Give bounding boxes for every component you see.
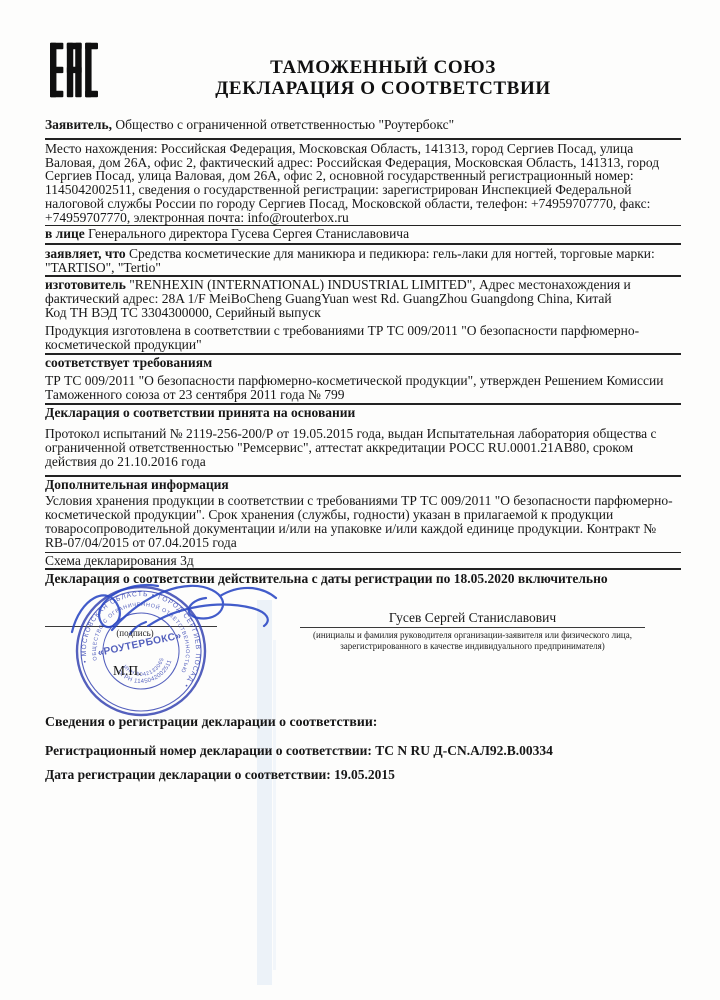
registration-date-line: Дата регистрации декларации о соответств…: [45, 768, 681, 782]
additional-paragraph: Условия хранения продукции в соответстви…: [45, 494, 681, 549]
additional-heading: Дополнительная информация: [45, 478, 681, 492]
stamp-place-note: М.П.: [113, 663, 142, 679]
applicant-line: Заявитель, Общество с ограниченной ответ…: [45, 118, 681, 132]
declares-value: Средства косметические для маникюра и пе…: [45, 246, 655, 275]
handwritten-signature: [60, 570, 295, 660]
signer-name-caption: (инициалы и фамилия руководителя организ…: [300, 630, 645, 651]
manufacturer-paragraph: изготовитель "RENHEXIN (INTERNATIONAL) I…: [45, 278, 681, 306]
manufacturer-value: "RENHEXIN (INTERNATIONAL) INDUSTRIAL LIM…: [45, 277, 631, 306]
in-person-label: в лице: [45, 226, 85, 241]
declares-label: заявляет, что: [45, 246, 126, 261]
signature-area: • МОСКОВСКАЯ ОБЛАСТЬ • ГОРОД СЕРГИЕВ ПОС…: [45, 588, 681, 712]
complies-paragraph: ТР ТС 009/2011 "О безопасности парфюмерн…: [45, 374, 681, 402]
in-person-line: в лице Генерального директора Гусева Сер…: [45, 227, 681, 241]
signer-block: Гусев Сергей Станиславович (инициалы и ф…: [300, 610, 645, 651]
eac-conformity-mark-icon: [50, 42, 98, 98]
tnved-code-line: Код ТН ВЭД ТС 3304300000, Серийный выпус…: [45, 306, 681, 320]
applicant-label: Заявитель,: [45, 117, 112, 132]
basis-heading: Декларация о соответствии принята на осн…: [45, 406, 681, 420]
basis-paragraph: Протокол испытаний № 2119-256-200/Р от 1…: [45, 427, 681, 468]
declares-paragraph: заявляет, что Средства косметические для…: [45, 247, 681, 275]
section-divider: [45, 138, 681, 140]
registration-date-value: 19.05.2015: [334, 767, 395, 782]
applicant-value: Общество с ограниченной ответственностью…: [115, 117, 454, 132]
title-line-1: ТАМОЖЕННЫЙ СОЮЗ: [103, 57, 663, 78]
registration-number-label: Регистрационный номер декларации о соотв…: [45, 743, 372, 758]
registration-date-label: Дата регистрации декларации о соответств…: [45, 767, 331, 782]
declaration-document: ТАМОЖЕННЫЙ СОЮЗ ДЕКЛАРАЦИЯ О СООТВЕТСТВИ…: [0, 0, 720, 1000]
registration-number-value: ТС N RU Д-CN.АЛ92.В.00334: [375, 743, 553, 758]
scheme-line: Схема декларирования 3д: [45, 554, 681, 568]
manufacturer-label: изготовитель: [45, 277, 126, 292]
title-line-2: ДЕКЛАРАЦИЯ О СООТВЕТСТВИИ: [103, 78, 663, 99]
signer-name: Гусев Сергей Станиславович: [300, 610, 645, 625]
registration-number-line: Регистрационный номер декларации о соотв…: [45, 744, 681, 758]
in-person-value: Генерального директора Гусева Сергея Ста…: [88, 226, 409, 241]
section-divider: [45, 243, 681, 245]
document-body: Заявитель, Общество с ограниченной ответ…: [45, 114, 681, 782]
location-paragraph: Место нахождения: Российская Федерация, …: [45, 142, 681, 225]
signer-name-line: [300, 627, 645, 628]
signature-caption: (подпись): [85, 628, 185, 638]
complies-heading: соответствует требованиям: [45, 356, 681, 370]
page-title: ТАМОЖЕННЫЙ СОЮЗ ДЕКЛАРАЦИЯ О СООТВЕТСТВИ…: [103, 57, 663, 99]
production-paragraph: Продукция изготовлена в соответствии с т…: [45, 324, 681, 352]
